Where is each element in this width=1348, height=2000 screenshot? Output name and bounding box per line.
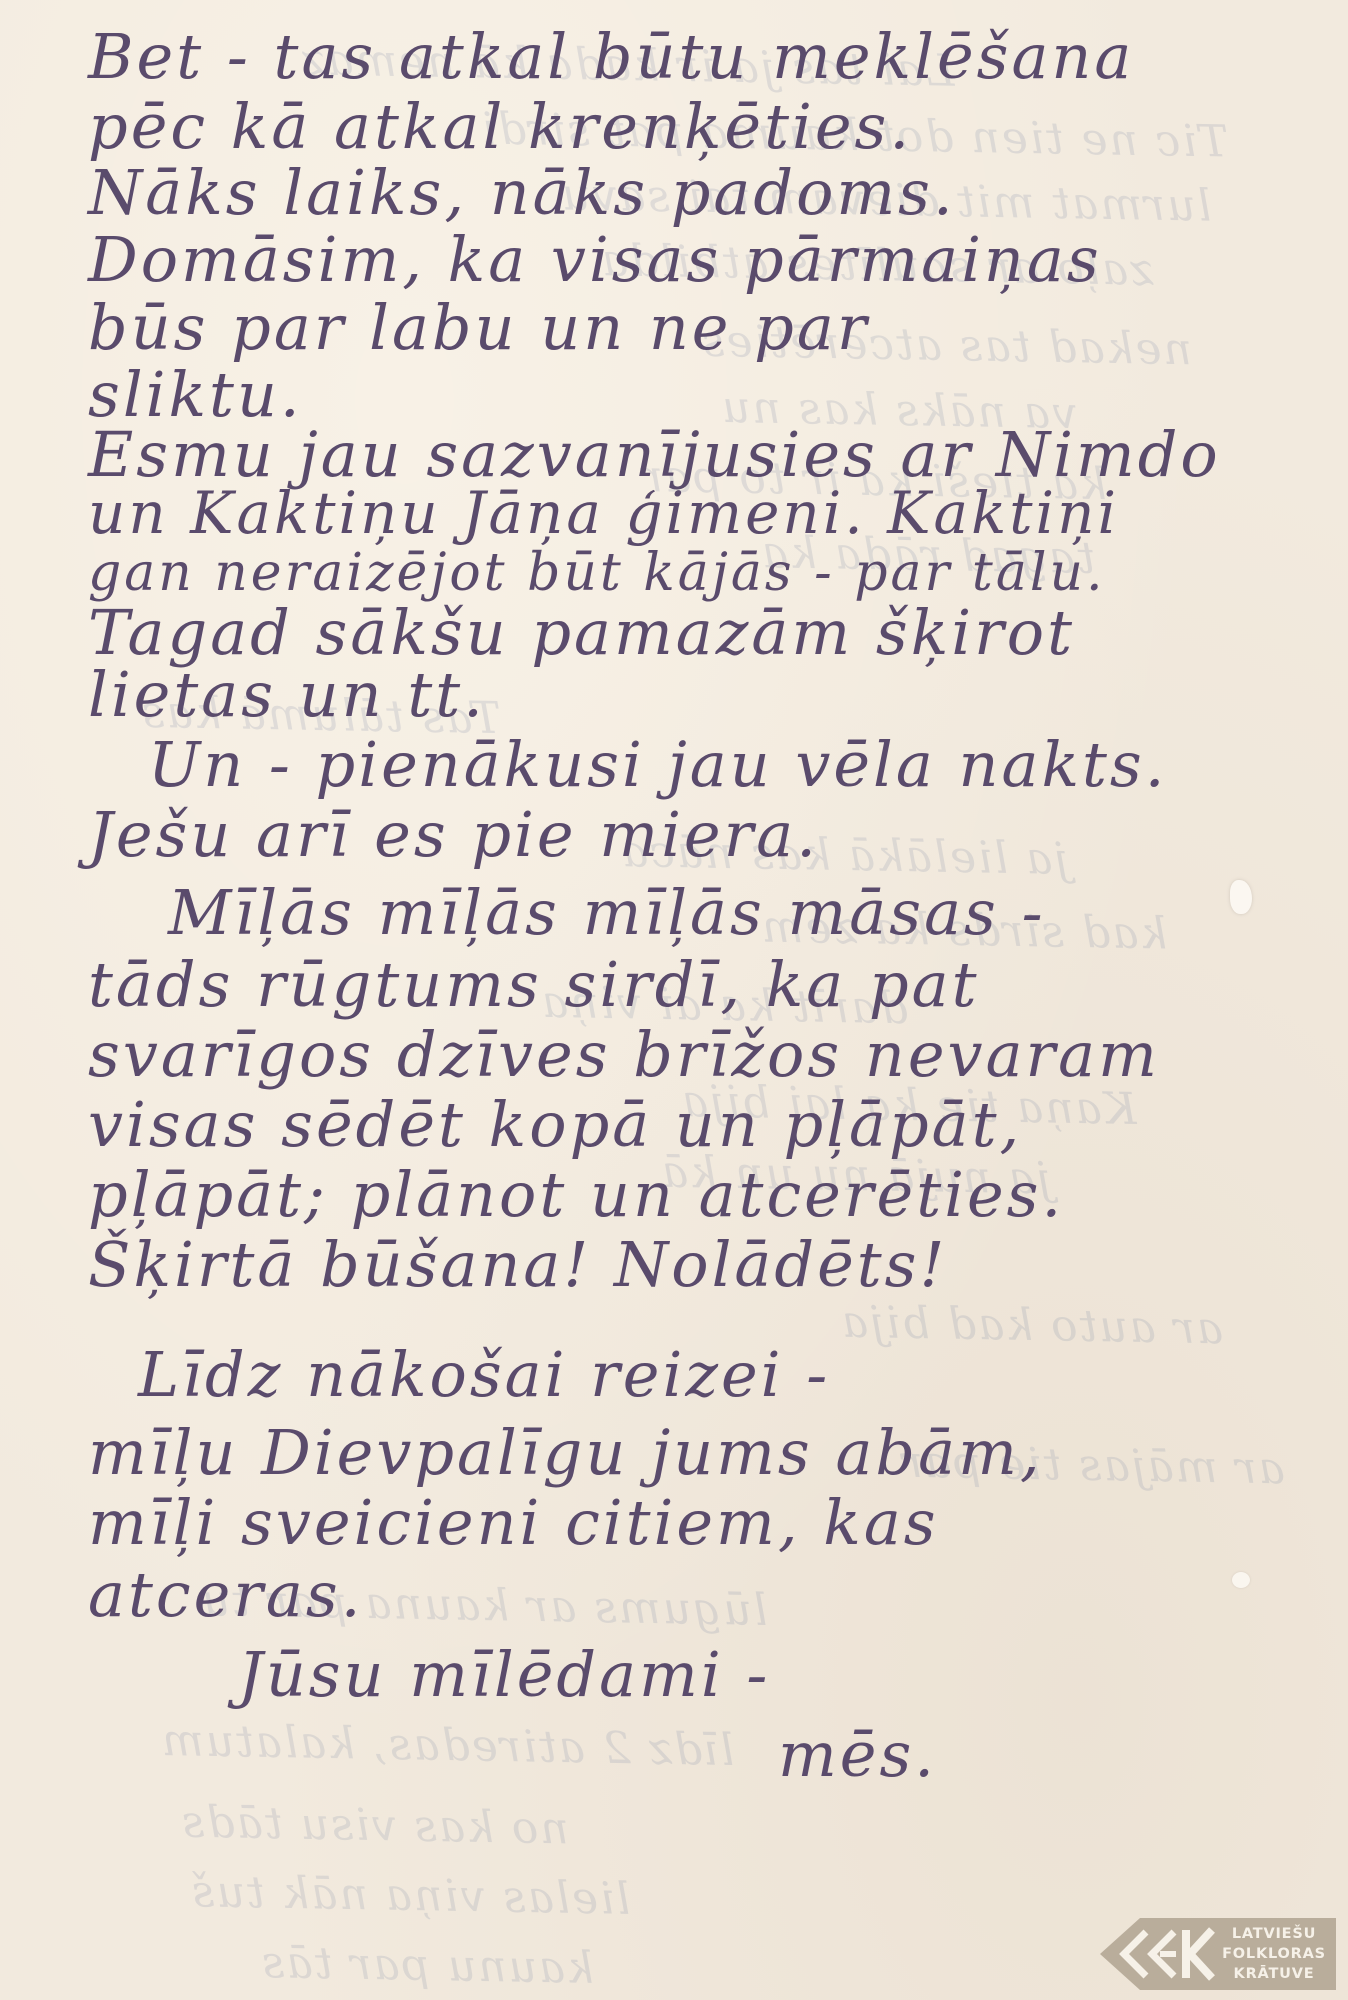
bleed-line: lielas viņa nāk tuš — [190, 1866, 631, 1925]
logo-line-3: KRĀTUVE — [1218, 1964, 1330, 1984]
letter-line: Ješu arī es pie miera. — [88, 800, 819, 870]
bleed-line: līdz 2 atiredas, kalatum — [160, 1715, 735, 1776]
letter-line: Jūsu mīlēdami - — [238, 1640, 770, 1710]
letter-line: Bet - tas atkal būtu meklēšana — [88, 22, 1134, 92]
letter-line: tāds rūgtums sirdī, ka pat — [88, 950, 980, 1020]
letter-line: mīļu Dievpalīgu jums abām, — [88, 1418, 1043, 1488]
letter-line: Nāks laiks, nāks padoms. — [88, 158, 956, 228]
letter-line: atceras. — [88, 1560, 363, 1630]
letter-line: Šķirtā būšana! Nolādēts! — [88, 1230, 947, 1300]
letter-line: mīļi sveicieni citiem, kas — [88, 1488, 939, 1558]
letter-page: Lai tas ja ir kada kā nemaz Tic ne tien … — [0, 0, 1348, 2000]
letter-line: visas sēdēt kopā un pļāpāt, — [88, 1090, 1022, 1160]
logo-line-1: LATVIEŠU — [1218, 1924, 1330, 1944]
bleed-line: ar auto kad bija — [840, 1297, 1224, 1355]
letter-line: lietas un tt. — [88, 660, 486, 730]
letter-line: mēs. — [778, 1720, 937, 1790]
bleed-line: no kas visu tāds — [180, 1797, 570, 1855]
logo-line-2: FOLKLORAS — [1218, 1944, 1330, 1964]
archive-logo: LATVIEŠU FOLKLORAS KRĀTUVE — [1100, 1918, 1336, 1990]
letter-line: pļāpāt; plānot un atcerēties. — [88, 1160, 1064, 1230]
bleed-line: kaunu par tās — [260, 1937, 595, 1994]
letter-line: Un - pienākusi jau vēla nakts. — [148, 730, 1167, 800]
letter-line: svarīgos dzīves brīžos nevaram — [88, 1020, 1160, 1090]
logo-text: LATVIEŠU FOLKLORAS KRĀTUVE — [1218, 1924, 1330, 1984]
letter-line: Līdz nākošai reizei - — [138, 1340, 830, 1410]
letter-line: būs par labu un ne par — [88, 293, 869, 363]
letter-line: pēc kā atkal krenķēties. — [88, 92, 912, 162]
letter-line: Domāsim, ka visas pārmaiņas — [88, 225, 1102, 295]
paper-tear-mark — [1230, 880, 1252, 914]
letter-line: Mīļās mīļās mīļās māsas - — [168, 878, 1046, 948]
paper-spot-mark — [1232, 1572, 1250, 1588]
